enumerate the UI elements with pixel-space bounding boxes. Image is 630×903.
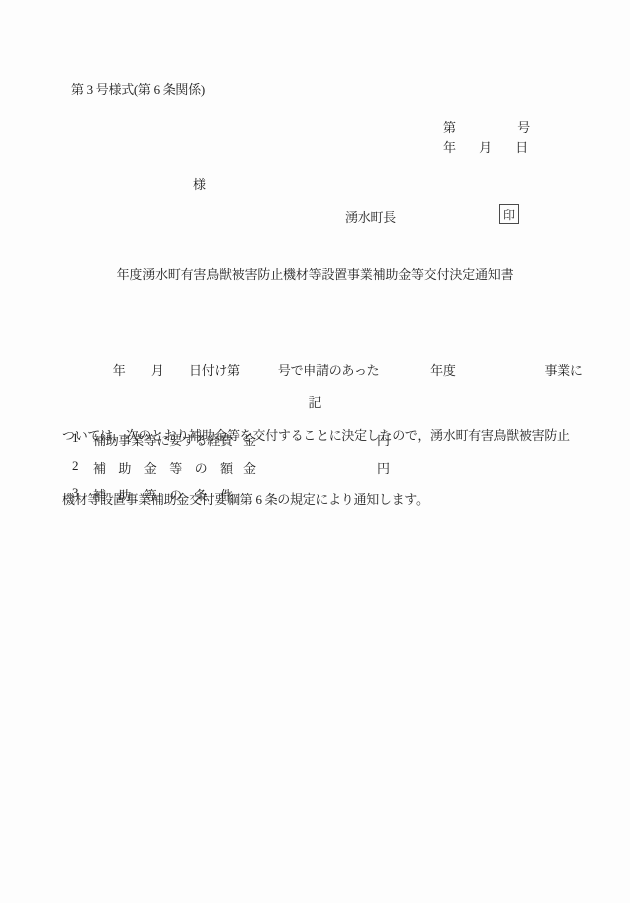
body-line-1: 年 月 日付け第 号で申請のあった 年度 事業に xyxy=(62,360,574,382)
sender-name: 湧水町長 xyxy=(345,207,396,226)
date-year-label: 年 xyxy=(443,137,456,156)
item-label: 補助事業等に要する経費 xyxy=(93,430,233,449)
list-item: 2 補 助 金 等 の 額 金 円 xyxy=(0,458,630,478)
item-number: 3 xyxy=(72,485,78,501)
item-currency-suffix: 円 xyxy=(377,458,390,477)
document-title: 年度湧水町有害鳥獣被害防止機材等設置事業補助金等交付決定通知書 xyxy=(0,264,630,283)
document-page: 第 3 号様式(第 6 条関係) 第 号 年 月 日 様 湧水町長 印 年度湧水… xyxy=(0,0,630,903)
seal-placeholder-box: 印 xyxy=(499,204,519,224)
section-marker: 記 xyxy=(0,392,630,411)
date-day-label: 日 xyxy=(515,137,528,156)
item-label: 補 助 等 の 条 件 xyxy=(93,485,233,504)
doc-number-prefix: 第 xyxy=(443,117,456,136)
list-item: 3 補 助 等 の 条 件 xyxy=(0,485,630,505)
item-currency-prefix: 金 xyxy=(243,458,256,477)
date-month-label: 月 xyxy=(479,137,492,156)
doc-number-line: 第 号 xyxy=(443,117,530,136)
addressee-honorific: 様 xyxy=(193,174,206,193)
doc-number-suffix: 号 xyxy=(517,117,530,136)
list-item: 1 補助事業等に要する経費 金 円 xyxy=(0,430,630,450)
date-line: 年 月 日 xyxy=(443,137,528,156)
form-number: 第 3 号様式(第 6 条関係) xyxy=(71,79,205,98)
item-number: 1 xyxy=(72,430,78,446)
seal-label: 印 xyxy=(503,206,515,223)
item-currency-suffix: 円 xyxy=(377,430,390,449)
item-label: 補 助 金 等 の 額 xyxy=(93,458,233,477)
item-currency-prefix: 金 xyxy=(243,430,256,449)
item-number: 2 xyxy=(72,458,78,474)
